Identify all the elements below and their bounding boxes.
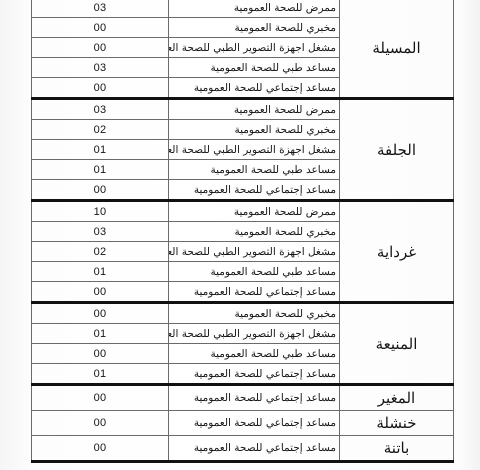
count-cell: 00 (32, 411, 169, 436)
wilaya-cell: المنيعة (340, 303, 454, 385)
count-cell: 02 (32, 120, 169, 140)
job-cell: مخبري للصحة العمومية (169, 120, 340, 140)
table-row: باتنة مساعد إجتماعي للصحة العمومية 00 (32, 436, 454, 462)
wilaya-cell: المغير (340, 385, 454, 411)
wilaya-cell: خنشلة (340, 411, 454, 436)
table-row: غرداية ممرض للصحة العمومية 10 (32, 201, 454, 222)
positions-table: المسيلة ممرض للصحة العمومية 03 مخبري للص… (31, 0, 454, 463)
job-cell: مشغل اجهزة التصوير الطبي للصحة العمومية (169, 324, 340, 344)
count-cell: 00 (32, 18, 169, 38)
count-cell: 01 (32, 160, 169, 180)
wilaya-cell: الجلفة (340, 99, 454, 201)
job-cell: مساعد طبي للصحة العمومية (169, 344, 340, 364)
job-cell: ممرض للصحة العمومية (169, 0, 340, 18)
table-row: خنشلة مساعد إجتماعي للصحة العمومية 00 (32, 411, 454, 436)
count-cell: 02 (32, 242, 169, 262)
job-cell: مساعد طبي للصحة العمومية (169, 58, 340, 78)
count-cell: 00 (32, 38, 169, 58)
count-cell: 00 (32, 180, 169, 201)
job-cell: ممرض للصحة العمومية (169, 99, 340, 120)
count-cell: 03 (32, 222, 169, 242)
job-cell: مساعد إجتماعي للصحة العمومية (169, 364, 340, 385)
wilaya-cell: غرداية (340, 201, 454, 303)
count-cell: 10 (32, 201, 169, 222)
count-cell: 00 (32, 303, 169, 324)
job-cell: مساعد إجتماعي للصحة العمومية (169, 282, 340, 303)
job-cell: مساعد طبي للصحة العمومية (169, 160, 340, 180)
count-cell: 00 (32, 282, 169, 303)
job-cell: مساعد إجتماعي للصحة العمومية (169, 436, 340, 462)
job-cell: ممرض للصحة العمومية (169, 201, 340, 222)
job-cell: مخبري للصحة العمومية (169, 222, 340, 242)
job-cell: مخبري للصحة العمومية (169, 303, 340, 324)
table-row: المغير مساعد إجتماعي للصحة العمومية 00 (32, 385, 454, 411)
wilaya-cell: المسيلة (340, 0, 454, 99)
count-cell: 01 (32, 140, 169, 160)
count-cell: 01 (32, 324, 169, 344)
job-cell: مساعد إجتماعي للصحة العمومية (169, 385, 340, 411)
table-row: المسيلة ممرض للصحة العمومية 03 (32, 0, 454, 18)
table-row: الجلفة ممرض للصحة العمومية 03 (32, 99, 454, 120)
job-cell: مشغل اجهزة التصوير الطبي للصحة العمومية (169, 38, 340, 58)
job-cell: مساعد طبي للصحة العمومية (169, 262, 340, 282)
job-cell: مساعد إجتماعي للصحة العمومية (169, 180, 340, 201)
count-cell: 01 (32, 262, 169, 282)
wilaya-cell: باتنة (340, 436, 454, 462)
count-cell: 00 (32, 385, 169, 411)
count-cell: 03 (32, 0, 169, 18)
count-cell: 03 (32, 58, 169, 78)
job-cell: مشغل اجهزة التصوير الطبي للصحة العمومية (169, 242, 340, 262)
count-cell: 03 (32, 99, 169, 120)
scanned-page: المسيلة ممرض للصحة العمومية 03 مخبري للص… (0, 0, 480, 470)
count-cell: 00 (32, 78, 169, 99)
count-cell: 00 (32, 344, 169, 364)
job-cell: مساعد إجتماعي للصحة العمومية (169, 78, 340, 99)
count-cell: 00 (32, 436, 169, 462)
job-cell: مخبري للصحة العمومية (169, 18, 340, 38)
table-row: المنيعة مخبري للصحة العمومية 00 (32, 303, 454, 324)
job-cell: مشغل اجهزة التصوير الطبي للصحة العمومية (169, 140, 340, 160)
job-cell: مساعد إجتماعي للصحة العمومية (169, 411, 340, 436)
count-cell: 01 (32, 364, 169, 385)
